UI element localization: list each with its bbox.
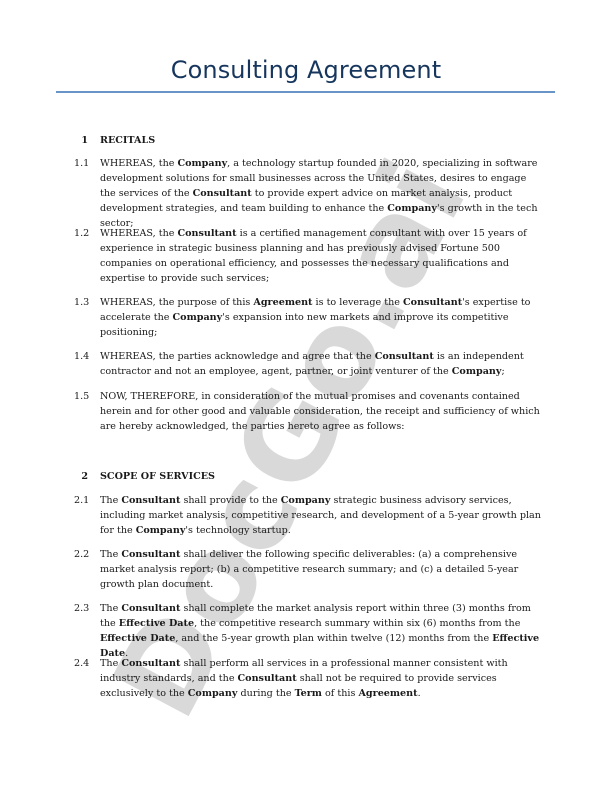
clause-text: WHEREAS, the parties acknowledge and agr… xyxy=(100,349,542,379)
clause-text: The Consultant shall complete the market… xyxy=(100,601,542,661)
clause-number: 1.4 xyxy=(74,349,89,364)
clause-number: 2.1 xyxy=(74,493,89,508)
defined-term: Effective Date xyxy=(100,633,175,644)
defined-term: Consultant xyxy=(238,673,297,684)
defined-term: Consultant xyxy=(177,228,236,239)
defined-term: Company xyxy=(177,158,227,169)
clause-number: 1.1 xyxy=(74,156,89,171)
defined-term: Consultant xyxy=(193,188,252,199)
defined-term: Consultant xyxy=(121,658,180,669)
defined-term: Company xyxy=(452,366,502,377)
defined-term: Consultant xyxy=(121,495,180,506)
defined-term: Consultant xyxy=(375,351,434,362)
defined-term: Term xyxy=(295,688,322,699)
clause-text: WHEREAS, the Company, a technology start… xyxy=(100,156,542,231)
clause-text: The Consultant shall perform all service… xyxy=(100,656,542,701)
clause-number: 1.2 xyxy=(74,226,89,241)
defined-term: Company xyxy=(136,525,186,536)
defined-term: Company xyxy=(281,495,331,506)
section-title: RECITALS xyxy=(100,134,155,148)
section-number: 2 xyxy=(60,470,88,484)
clause-number: 2.4 xyxy=(74,656,89,671)
defined-term: Consultant xyxy=(403,297,462,308)
clause-number: 2.2 xyxy=(74,547,89,562)
clause-number: 2.3 xyxy=(74,601,89,616)
clause-number: 1.3 xyxy=(74,295,89,310)
defined-term: Agreement xyxy=(358,688,417,699)
document-page: DocGo.ai Consulting Agreement 1 RECITALS… xyxy=(0,0,612,792)
document-title: Consulting Agreement xyxy=(0,56,612,84)
defined-term: Effective Date xyxy=(119,618,194,629)
defined-term: Consultant xyxy=(121,603,180,614)
section-number: 1 xyxy=(60,134,88,148)
defined-term: Company xyxy=(188,688,238,699)
clause-text: The Consultant shall deliver the followi… xyxy=(100,547,542,592)
defined-term: Company xyxy=(387,203,437,214)
section-title: SCOPE OF SERVICES xyxy=(100,470,215,484)
clause-text: WHEREAS, the purpose of this Agreement i… xyxy=(100,295,542,340)
title-divider xyxy=(56,91,555,93)
clause-text: NOW, THEREFORE, in consideration of the … xyxy=(100,389,542,434)
defined-term: Agreement xyxy=(253,297,312,308)
defined-term: Company xyxy=(173,312,223,323)
clause-text: The Consultant shall provide to the Comp… xyxy=(100,493,542,538)
clause-number: 1.5 xyxy=(74,389,89,404)
defined-term: Consultant xyxy=(121,549,180,560)
clause-text: WHEREAS, the Consultant is a certified m… xyxy=(100,226,542,286)
